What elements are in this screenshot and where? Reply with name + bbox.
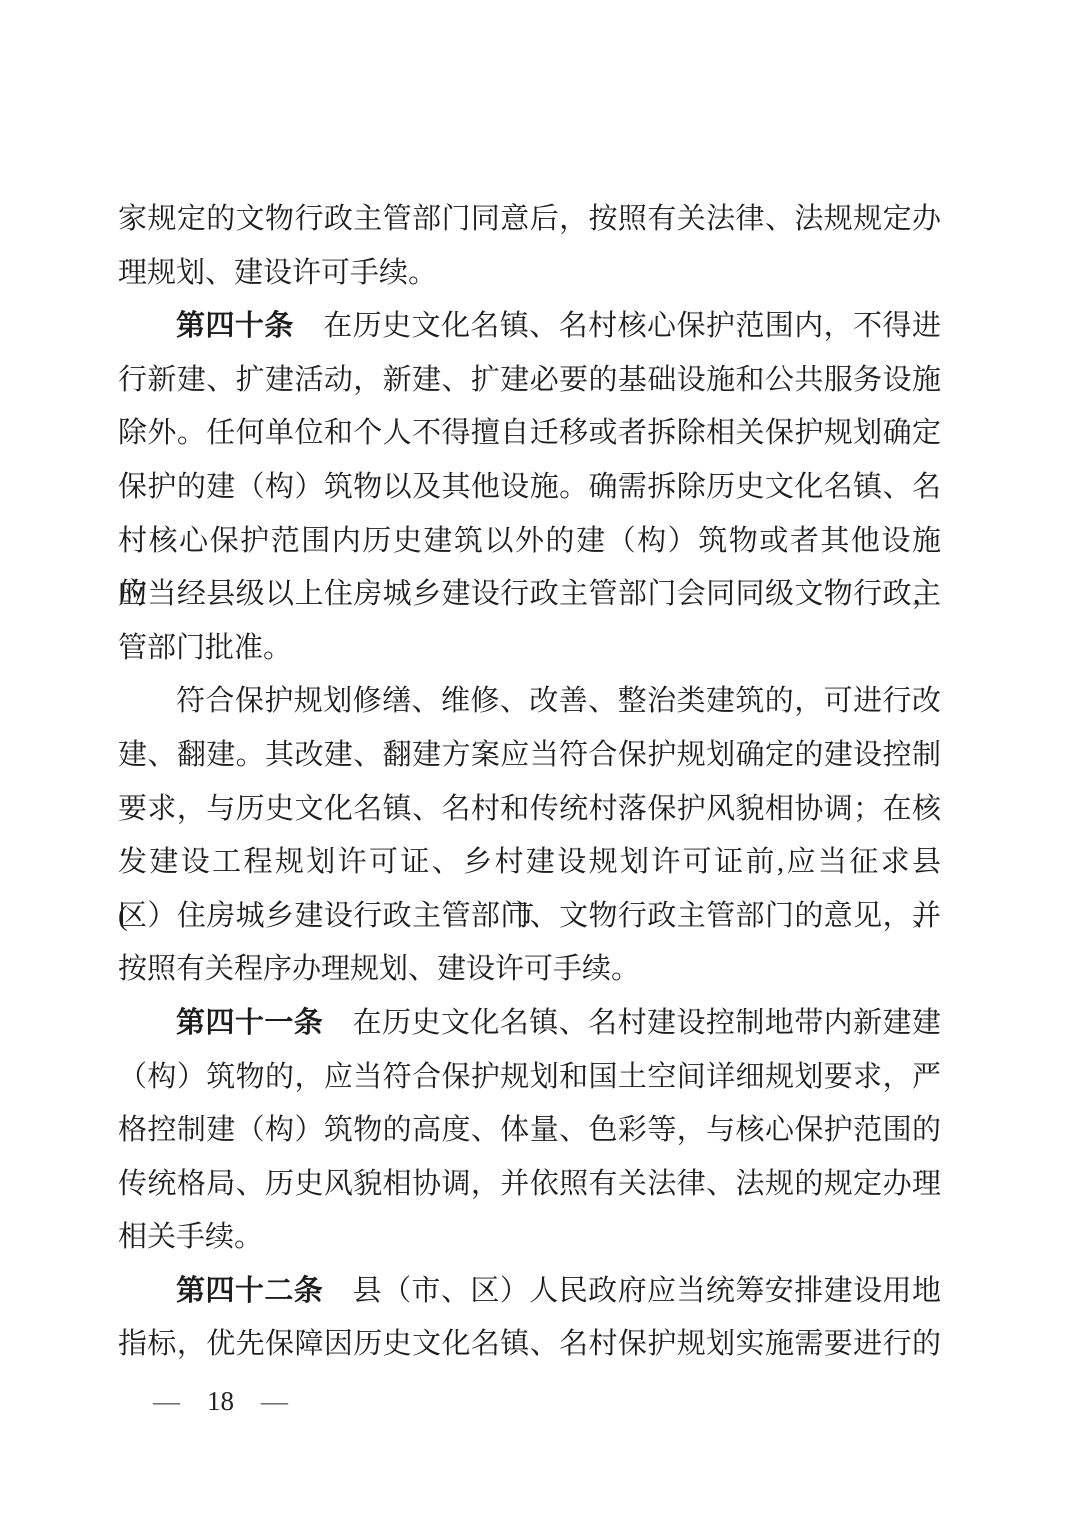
text-segment: 要求，与历史文化名镇、名村和传统村落保护风貌相协调；在核 bbox=[118, 793, 941, 825]
text-line: 理规划、建设许可手续。 bbox=[118, 247, 941, 301]
text-segment: 相关手续。 bbox=[118, 1221, 263, 1253]
text-line: 第四十条 在历史文化名镇、名村核心保护范围内，不得进 bbox=[118, 300, 941, 354]
document-body: 家规定的文物行政主管部门同意后，按照有关法律、法规规定办理规划、建设许可手续。第… bbox=[118, 193, 941, 1372]
text-line: 发建设工程规划许可证、乡村建设规划许可证前,应当征求县(市、 bbox=[118, 836, 941, 890]
text-line: 符合保护规划修缮、维修、改善、整治类建筑的，可进行改 bbox=[118, 675, 941, 729]
text-line: 指标，优先保障因历史文化名镇、名村保护规划实施需要进行的 bbox=[118, 1318, 941, 1372]
text-line: 保护的建（构）筑物以及其他设施。确需拆除历史文化名镇、名 bbox=[118, 461, 941, 515]
text-line: 应当经县级以上住房城乡建设行政主管部门会同同级文物行政主 bbox=[118, 568, 941, 622]
text-line: 要求，与历史文化名镇、名村和传统村落保护风貌相协调；在核 bbox=[118, 783, 941, 837]
text-line: 第四十一条 在历史文化名镇、名村建设控制地带内新建建 bbox=[118, 997, 941, 1051]
text-line: 除外。任何单位和个人不得擅自迁移或者拆除相关保护规划确定 bbox=[118, 407, 941, 461]
article-heading: 第四十一条 bbox=[176, 1007, 323, 1039]
text-segment: 行新建、扩建活动，新建、扩建必要的基础设施和公共服务设施 bbox=[118, 364, 941, 396]
text-line: 格控制建（构）筑物的高度、体量、色彩等，与核心保护范围的 bbox=[118, 1104, 941, 1158]
page-number: 18 bbox=[207, 1386, 234, 1417]
page-footer: — 18 — bbox=[153, 1381, 288, 1421]
text-segment: 应当经县级以上住房城乡建设行政主管部门会同同级文物行政主 bbox=[118, 578, 941, 610]
text-segment: 指标，优先保障因历史文化名镇、名村保护规划实施需要进行的 bbox=[118, 1328, 941, 1360]
text-segment: 理规划、建设许可手续。 bbox=[118, 257, 437, 289]
text-segment: 按照有关程序办理规划、建设许可手续。 bbox=[118, 953, 640, 985]
text-line: 管部门批准。 bbox=[118, 622, 941, 676]
text-segment: 家规定的文物行政主管部门同意后，按照有关法律、法规规定办 bbox=[118, 203, 941, 235]
text-segment: 传统格局、历史风貌相协调，并依照有关法律、法规的规定办理 bbox=[118, 1168, 941, 1200]
text-segment: 除外。任何单位和个人不得擅自迁移或者拆除相关保护规划确定 bbox=[118, 417, 941, 449]
text-line: 传统格局、历史风貌相协调，并依照有关法律、法规的规定办理 bbox=[118, 1158, 941, 1212]
text-segment: 管部门批准。 bbox=[118, 632, 292, 664]
text-line: 第四十二条 县（市、区）人民政府应当统筹安排建设用地 bbox=[118, 1265, 941, 1319]
text-line: 区）住房城乡建设行政主管部门、文物行政主管部门的意见，并 bbox=[118, 890, 941, 944]
text-segment: 县（市、区）人民政府应当统筹安排建设用地 bbox=[323, 1275, 941, 1307]
text-segment: 建、翻建。其改建、翻建方案应当符合保护规划确定的建设控制 bbox=[118, 739, 941, 771]
text-segment: 保护的建（构）筑物以及其他设施。确需拆除历史文化名镇、名 bbox=[118, 471, 941, 503]
document-page: 家规定的文物行政主管部门同意后，按照有关法律、法规规定办理规划、建设许可手续。第… bbox=[0, 0, 1074, 1520]
text-line: 村核心保护范围内历史建筑以外的建（构）筑物或者其他设施的， bbox=[118, 515, 941, 569]
footer-left-dash: — bbox=[153, 1388, 180, 1415]
text-segment: 格控制建（构）筑物的高度、体量、色彩等，与核心保护范围的 bbox=[118, 1114, 941, 1146]
text-segment: 区）住房城乡建设行政主管部门、文物行政主管部门的意见，并 bbox=[118, 900, 941, 932]
footer-right-dash: — bbox=[261, 1388, 288, 1415]
text-line: 建、翻建。其改建、翻建方案应当符合保护规划确定的建设控制 bbox=[118, 729, 941, 783]
text-segment: 符合保护规划修缮、维修、改善、整治类建筑的，可进行改 bbox=[176, 685, 941, 717]
text-line: 家规定的文物行政主管部门同意后，按照有关法律、法规规定办 bbox=[118, 193, 941, 247]
article-heading: 第四十条 bbox=[176, 310, 294, 342]
text-line: 相关手续。 bbox=[118, 1211, 941, 1265]
text-line: 行新建、扩建活动，新建、扩建必要的基础设施和公共服务设施 bbox=[118, 354, 941, 408]
text-segment: （构）筑物的，应当符合保护规划和国土空间详细规划要求，严 bbox=[118, 1061, 941, 1093]
text-segment: 在历史文化名镇、名村建设控制地带内新建建 bbox=[323, 1007, 941, 1039]
article-heading: 第四十二条 bbox=[176, 1275, 323, 1307]
text-segment: 在历史文化名镇、名村核心保护范围内，不得进 bbox=[294, 310, 941, 342]
text-line: 按照有关程序办理规划、建设许可手续。 bbox=[118, 943, 941, 997]
text-line: （构）筑物的，应当符合保护规划和国土空间详细规划要求，严 bbox=[118, 1051, 941, 1105]
